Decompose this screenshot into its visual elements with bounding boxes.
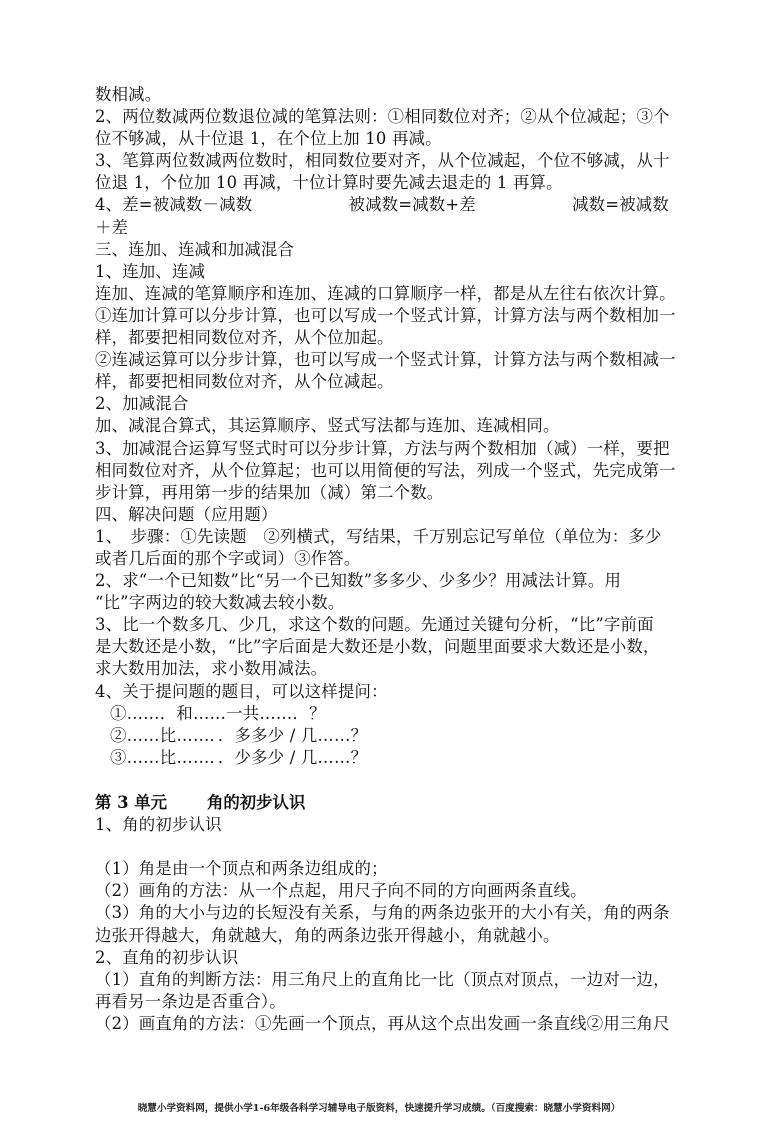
subsection-heading: 2、直角的初步认识 — [95, 947, 669, 969]
text-line: “比”字两边的较大数减去较小数。 — [95, 592, 669, 614]
subsection-heading: 1、角的初步认识 — [95, 814, 669, 836]
question-template: ③……比……．．少多少 / 几……？ — [95, 747, 669, 769]
page-footer: 晓慧小学资料网，提供小学1-6年级各科学习辅导电子版资料，快速提升学习成绩。（百… — [0, 1100, 758, 1114]
question-template: ②……比……．．多多少 / 几……？ — [95, 725, 669, 747]
text-line: 加、减混合算式，其运算顺序、竖式写法都与连加、连减相同。 — [95, 415, 669, 437]
section-heading: 四、解决问题（应用题） — [95, 504, 669, 526]
text-line: 步计算，再用第一步的结果加（减）第二个数。 — [95, 482, 669, 504]
question-template: ①……．和……一共……．？ — [95, 703, 669, 725]
formula-minuend: 被减数=减数+差 — [348, 194, 475, 216]
formula-subtrahend: 减数=被减数 — [572, 194, 669, 216]
text-line: （3）角的大小与边的长短没有关系，与角的两条边张开的大小有关，角的两条 — [95, 902, 669, 924]
text-line: 位不够减，从十位退 1，在个位上加 10 再减。 — [95, 128, 669, 150]
formula-line: 4、差=被减数－减数 被减数=减数+差 减数=被减数 — [95, 194, 669, 216]
document-body: 数相减。 2、两位数减两位数退位减的笔算法则：①相同数位对齐；②从个位减起；③个… — [95, 84, 669, 769]
text-line: 或者几后面的那个字或词）③作答。 — [95, 548, 669, 570]
text-line: ①连加计算可以分步计算，也可以写成一个竖式计算，计算方法与两个数相加一 — [95, 305, 669, 327]
text-line: （2）画直角的方法：①先画一个顶点，再从这个点出发画一条直线②用三角尺 — [95, 1013, 669, 1035]
text-line: 再看另一条边是否重合）。 — [95, 991, 669, 1013]
text-line: 3、加减混合运算写竖式时可以分步计算，方法与两个数相加（减）一样，要把 — [95, 438, 669, 460]
section-heading: 三、连加、连减和加减混合 — [95, 239, 669, 261]
spacer — [95, 836, 669, 858]
text-line: （2）画角的方法：从一个点起，用尺子向不同的方向画两条直线。 — [95, 880, 669, 902]
text-line: ②连减运算可以分步计算，也可以写成一个竖式计算，计算方法与两个数相减一 — [95, 349, 669, 371]
text-line: 位退 1，个位加 10 再减，十位计算时要先减去退走的 1 再算。 — [95, 172, 669, 194]
text-line: 边张开得越大，角就越大，角的两条边张开得越小，角就越小。 — [95, 925, 669, 947]
subsection-heading: 2、加减混合 — [95, 393, 669, 415]
subsection-heading: 1、连加、连减 — [95, 261, 669, 283]
text-line: 连加、连减的笔算顺序和连加、连减的口算顺序一样，都是从左往右依次计算。 — [95, 283, 669, 305]
unit-number: 第 3 单元 — [95, 793, 167, 812]
text-line: 2、求“一个已知数”比“另一个已知数”多多少、少多少？用减法计算。用 — [95, 570, 669, 592]
text-line: 求大数用加法，求小数用减法。 — [95, 658, 669, 680]
text-line: 数相减。 — [95, 84, 669, 106]
text-line: 1、 步骤：①先读题 ②列横式，写结果，千万别忘记写单位（单位为：多少 — [95, 526, 669, 548]
text-line: （1）角是由一个顶点和两条边组成的； — [95, 858, 669, 880]
unit-3-section: 第 3 单元角的初步认识 1、角的初步认识 （1）角是由一个顶点和两条边组成的；… — [95, 792, 669, 1035]
text-line: 3、笔算两位数减两位数时，相同数位要对齐，从个位减起，个位不够减，从十 — [95, 150, 669, 172]
text-line: 4、关于提问题的题目，可以这样提问： — [95, 681, 669, 703]
formula-difference: 4、差=被减数－减数 — [95, 194, 252, 216]
text-line: 相同数位对齐，从个位算起；也可以用简便的写法，列成一个竖式，先完成第一 — [95, 460, 669, 482]
text-line: 2、两位数减两位数退位减的笔算法则：①相同数位对齐；②从个位减起；③个 — [95, 106, 669, 128]
text-line: （1）直角的判断方法：用三角尺上的直角比一比（顶点对顶点，一边对一边， — [95, 969, 669, 991]
unit-title: 角的初步认识 — [207, 793, 305, 812]
unit-heading: 第 3 单元角的初步认识 — [95, 792, 669, 814]
text-line: ＋差 — [95, 217, 669, 239]
text-line: 是大数还是小数，“比”字后面是大数还是小数，问题里面要求大数还是小数， — [95, 636, 669, 658]
text-line: 3、比一个数多几、少几，求这个数的问题。先通过关键句分析，“比”字前面 — [95, 614, 669, 636]
text-line: 样，都要把相同数位对齐，从个位加起。 — [95, 327, 669, 349]
text-line: 样，都要把相同数位对齐，从个位减起。 — [95, 371, 669, 393]
